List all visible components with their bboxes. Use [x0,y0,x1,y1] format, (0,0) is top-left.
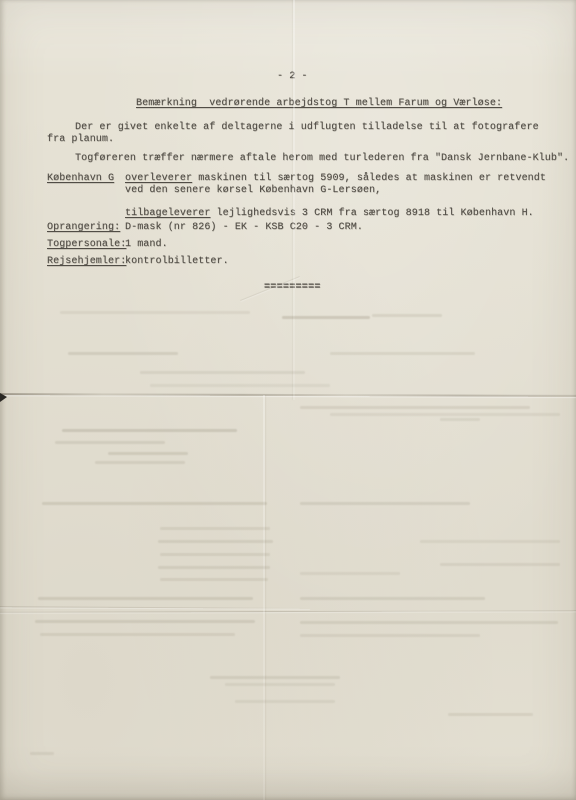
bleedthrough-smudge [210,676,340,679]
bleedthrough-smudge [160,527,270,530]
bleedthrough-smudge [448,713,533,716]
entry-value-oprangering: D-mask (nr 826) - EK - KSB C20 - 3 CRM. [125,222,363,233]
fold-crease-horizontal-lower [0,610,576,613]
bleedthrough-smudge [330,352,475,355]
bleedthrough-smudge [300,502,470,505]
bleedthrough-smudge [30,752,54,755]
bleedthrough-smudge [160,578,268,581]
bleedthrough-smudge [372,314,442,317]
document-heading: Bemærkning vedrørende arbejdstog T melle… [136,98,502,109]
bleedthrough-smudge [95,461,185,464]
bleedthrough-smudge [440,418,480,421]
overleverer-rest: maskinen til særtog 5909, således at mas… [192,173,546,184]
bleedthrough-smudge [300,406,530,409]
entry-label-kobenhavn-g: København G [47,173,114,184]
bleedthrough-smudge [282,316,370,319]
tilbageleverer-rest: lejlighedsvis 3 CRM fra særtog 8918 til … [210,208,533,219]
entry-value-togpersonale: 1 mand. [125,239,168,250]
bleedthrough-smudge [60,311,250,314]
bleedthrough-smudge [225,683,335,686]
paragraph-togforeren: Togføreren træffer nærmere aftale herom … [75,153,569,164]
bleedthrough-smudge [440,563,560,566]
scan-artifact-mark [0,393,7,402]
fold-crease-horizontal-lower-left [0,606,310,609]
bleedthrough-smudge [35,620,255,623]
bleedthrough-smudge [62,429,237,432]
overleverer-word: overleverer [125,173,192,184]
end-separator: ========= [264,282,321,293]
fold-crease-vertical-top [293,0,295,400]
bleedthrough-smudge [158,540,273,543]
entry-value-rejsehjemler: kontrolbilletter. [125,256,229,267]
bleedthrough-smudge [300,597,485,600]
bleedthrough-smudge [300,572,400,575]
bleedthrough-smudge [150,384,330,387]
bleedthrough-smudge [300,621,558,624]
fold-crease-horizontal [0,393,576,397]
bleedthrough-smudge [108,452,188,455]
entry-label-oprangering: Oprangering: [47,222,120,233]
bleedthrough-smudge [158,566,270,569]
bleedthrough-smudge [68,352,178,355]
bleedthrough-smudge [235,700,335,703]
bleedthrough-smudge [300,634,480,637]
page-number: - 2 - [277,71,308,82]
paragraph-photography-line1: Der er givet enkelte af deltagerne i udf… [75,122,539,133]
paragraph-photography-line2: fra planum. [47,134,114,145]
entry-label-rejsehjemler: Rejsehjemler: [47,256,126,267]
entry-value-overleverer: overleverer maskinen til særtog 5909, så… [125,173,546,184]
scanned-document-page: { "doc": { "page_number": "- 2 -", "head… [0,0,576,800]
bleedthrough-smudge [38,597,253,600]
entry-label-togpersonale: Togpersonale: [47,239,126,250]
bleedthrough-smudge [42,502,267,505]
fold-crease-vertical-bottom [263,395,265,800]
bleedthrough-smudge [330,413,560,416]
entry-value-tilbageleverer: tilbageleverer lejlighedsvis 3 CRM fra s… [125,208,534,219]
bleedthrough-smudge [40,633,235,636]
bleedthrough-smudge [420,540,560,543]
entry-value-overleverer-line2: ved den senere kørsel København G-Lersøe… [125,185,381,196]
bleedthrough-smudge [160,553,270,556]
tilbageleverer-word: tilbageleverer [125,208,210,219]
bleedthrough-smudge [140,371,305,374]
bleedthrough-smudge [55,441,165,444]
